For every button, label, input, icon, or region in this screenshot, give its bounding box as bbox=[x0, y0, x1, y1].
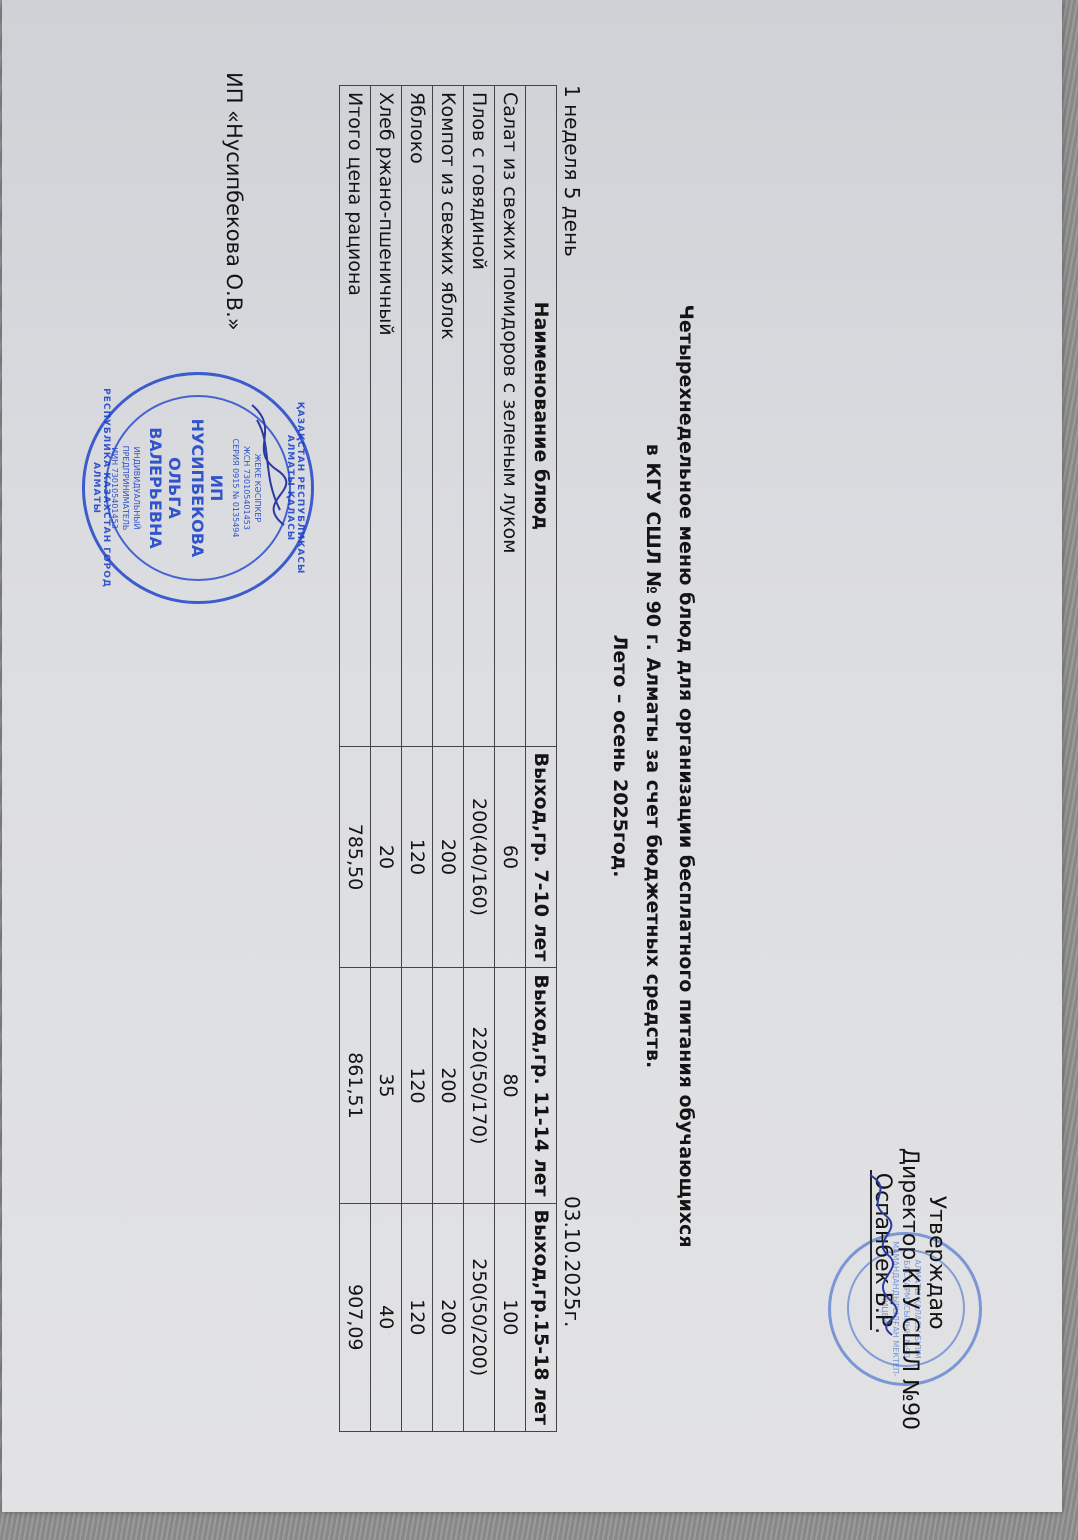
document-page: АЛМАТЫ ҚАЛАСЫ БІЛІМ БАСҚАРМАСЫНЫҢ №90 МА… bbox=[2, 0, 1062, 1512]
yield-15-18: 40 bbox=[371, 1203, 402, 1431]
table-row: Хлеб ржано-пшеничный 20 35 40 bbox=[371, 86, 402, 1432]
header-yield-11-14: Выход,гр. 11-14 лет bbox=[526, 968, 557, 1203]
approval-position: Директор КГУ СШЛ №90 bbox=[896, 1148, 923, 1430]
table-header-row: Наименование блюд Выход,гр. 7-10 лет Вых… bbox=[526, 86, 557, 1432]
approval-heading: Утверждаю bbox=[923, 1148, 950, 1430]
dish-name: Яблоко bbox=[402, 86, 433, 747]
seal-name-1: ИП НУСИПБЕКОВА bbox=[188, 405, 226, 571]
seal-name-2: ОЛЬГА ВАЛЕРЬЕВНА bbox=[146, 405, 184, 571]
total-11-14: 861,51 bbox=[340, 968, 371, 1203]
title-line-3: Лето – осень 2025год. bbox=[603, 0, 636, 1512]
dish-name: Хлеб ржано-пшеничный bbox=[371, 86, 402, 747]
header-yield-15-18: Выход,гр.15-18 лет bbox=[526, 1203, 557, 1431]
week-day-label: 1 неделя 5 день bbox=[560, 85, 584, 257]
supplier-name: ИП «Нусипбекова О.В.» bbox=[222, 72, 246, 331]
dish-name: Плов с говядиной bbox=[464, 86, 495, 747]
seal-line-3: СЕРИЯ 0915 № 0135494 bbox=[230, 405, 241, 571]
yield-7-10: 20 bbox=[371, 746, 402, 968]
yield-7-10: 200(40/160) bbox=[464, 746, 495, 968]
title-line-1: Четырехнедельное меню блюд для организац… bbox=[669, 0, 702, 1512]
supplier-signature-icon bbox=[242, 400, 292, 530]
dish-name: Компот из свежих яблок bbox=[433, 86, 464, 747]
yield-11-14: 35 bbox=[371, 968, 402, 1203]
seal-ring-bottom-text: РЕСПУБЛИКА КАЗАХСТАН ГОРОД АЛМАТЫ bbox=[91, 375, 111, 601]
total-7-10: 785,50 bbox=[340, 746, 371, 968]
header-dish-name: Наименование блюд bbox=[526, 86, 557, 747]
header-yield-7-10: Выход,гр. 7-10 лет bbox=[526, 746, 557, 968]
document-title: Четырехнедельное меню блюд для организац… bbox=[603, 0, 702, 1512]
yield-11-14: 220(50/170) bbox=[464, 968, 495, 1203]
total-label: Итого цена рациона bbox=[340, 86, 371, 747]
yield-7-10: 200 bbox=[433, 746, 464, 968]
yield-11-14: 200 bbox=[433, 968, 464, 1203]
seal-line-4: ИНДИВИДУАЛЬНЫЙ bbox=[131, 405, 142, 571]
yield-7-10: 120 bbox=[402, 746, 433, 968]
yield-7-10: 60 bbox=[495, 746, 526, 968]
table-row: Салат из свежих помидоров с зеленым луко… bbox=[495, 86, 526, 1432]
document-date: 03.10.2025г. bbox=[560, 1196, 584, 1327]
yield-15-18: 250(50/200) bbox=[464, 1203, 495, 1431]
table-row: Яблоко 120 120 120 bbox=[402, 86, 433, 1432]
approval-block: Утверждаю Директор КГУ СШЛ №90 Оспанбек … bbox=[869, 1148, 950, 1430]
seal-center: ЖЕКЕ КӘСІПКЕР ЖСН 730105401453 СЕРИЯ 091… bbox=[109, 405, 263, 571]
dish-name: Салат из свежих помидоров с зеленым луко… bbox=[495, 86, 526, 747]
title-line-2: в КГУ СШЛ № 90 г. Алматы за счет бюджетн… bbox=[636, 0, 669, 1512]
menu-table: Наименование блюд Выход,гр. 7-10 лет Вых… bbox=[339, 85, 557, 1432]
yield-15-18: 120 bbox=[402, 1203, 433, 1431]
total-15-18: 907,09 bbox=[340, 1203, 371, 1431]
yield-11-14: 80 bbox=[495, 968, 526, 1203]
table-row-total: Итого цена рациона 785,50 861,51 907,09 bbox=[340, 86, 371, 1432]
yield-11-14: 120 bbox=[402, 968, 433, 1203]
table-row: Плов с говядиной 200(40/160) 220(50/170)… bbox=[464, 86, 495, 1432]
table-row: Компот из свежих яблок 200 200 200 bbox=[433, 86, 464, 1432]
yield-15-18: 100 bbox=[495, 1203, 526, 1431]
seal-line-5: ПРЕДПРИНИМАТЕЛЬ bbox=[120, 405, 131, 571]
yield-15-18: 200 bbox=[433, 1203, 464, 1431]
director-signature-icon bbox=[860, 1170, 900, 1340]
